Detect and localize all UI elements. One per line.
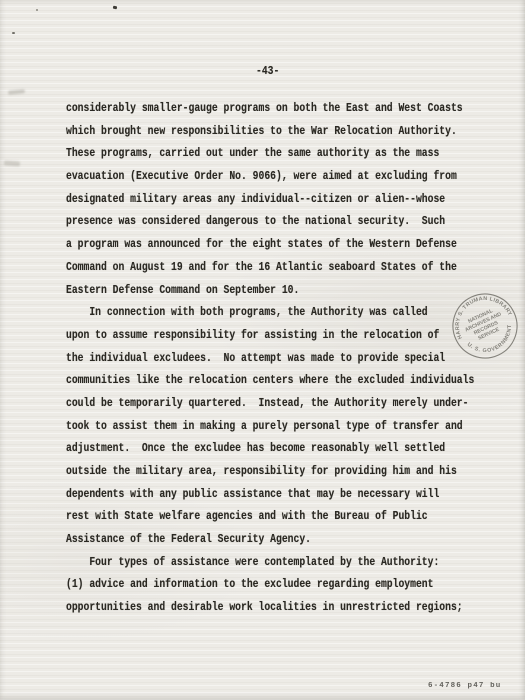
- body-line: rest with State welfare agencies and wit…: [66, 505, 487, 528]
- paper-smudge: [8, 89, 25, 95]
- body-line: Assistance of the Federal Security Agenc…: [66, 528, 487, 551]
- ink-speck: [12, 32, 15, 34]
- page-number: -43-: [256, 60, 279, 83]
- archive-stamp: HARRY S. TRUMAN LIBRARY U. S. GOVERNMENT…: [449, 290, 521, 362]
- body-line: a program was announced for the eight st…: [66, 233, 487, 256]
- body-line: Eastern Defense Command on September 10.: [66, 279, 487, 302]
- body-line: took to assist them in making a purely p…: [66, 415, 487, 438]
- ink-speck: [113, 6, 118, 10]
- body-line: upon to assume responsibility for assist…: [66, 324, 487, 347]
- body-line: (1) advice and information to the exclud…: [66, 573, 487, 596]
- body-line: In connection with both programs, the Au…: [66, 301, 487, 324]
- body-line: evacuation (Executive Order No. 9066), w…: [66, 165, 487, 188]
- body-line: opportunities and desirable work localit…: [66, 596, 487, 619]
- paper-smudge: [4, 160, 20, 166]
- body-line: considerably smaller-gauge programs on b…: [66, 97, 487, 120]
- ink-speck: [36, 9, 38, 11]
- body-line: could be temporarily quartered. Instead,…: [66, 392, 487, 415]
- catalog-number: 6-4786 p47 bu: [428, 682, 501, 690]
- body-line: adjustment. Once the excludee has become…: [66, 437, 487, 460]
- body-line: Four types of assistance were contemplat…: [66, 551, 487, 574]
- body-line: These programs, carried out under the sa…: [66, 142, 487, 165]
- body-line: dependents with any public assistance th…: [66, 483, 487, 506]
- body-line: the individual excludees. No attempt was…: [66, 347, 487, 370]
- body-line: designated military areas any individual…: [66, 188, 487, 211]
- body-line: presence was considered dangerous to the…: [66, 210, 487, 233]
- body-text: considerably smaller-gauge programs on b…: [66, 97, 487, 619]
- body-line: outside the military area, responsibilit…: [66, 460, 487, 483]
- document-page: -43- considerably smaller-gauge programs…: [0, 0, 525, 700]
- body-line: communities like the relocation centers …: [66, 369, 487, 392]
- body-line: which brought new responsibilities to th…: [66, 120, 487, 143]
- body-line: Command on August 19 and for the 16 Atla…: [66, 256, 487, 279]
